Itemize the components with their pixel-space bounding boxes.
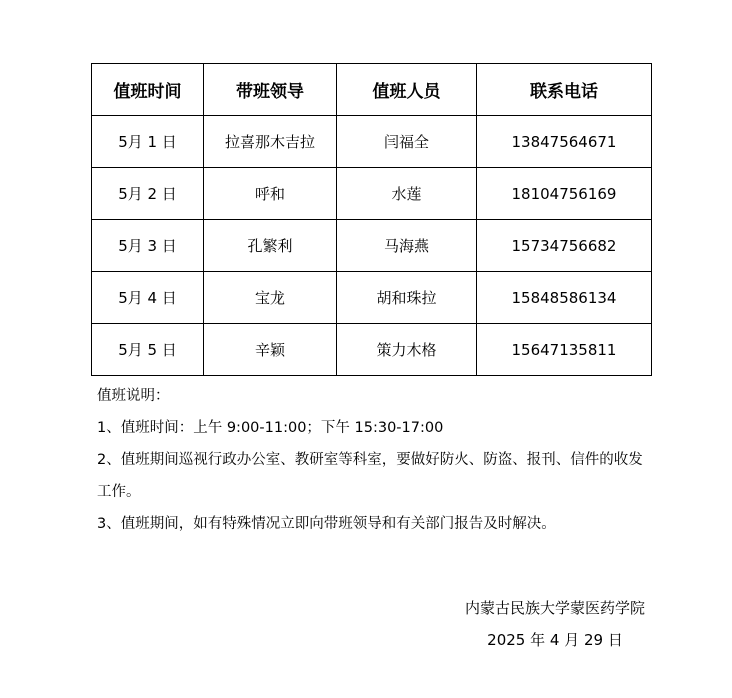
cell-phone: 15848586134 [477,272,652,324]
cell-leader: 宝龙 [204,272,337,324]
cell-leader: 拉喜那木吉拉 [204,116,337,168]
duty-schedule-table: 值班时间 带班领导 值班人员 联系电话 5月 1 日 拉喜那木吉拉 闫福全 13… [91,63,652,376]
cell-date: 5月 2 日 [92,168,204,220]
cell-date: 5月 4 日 [92,272,204,324]
cell-staff: 水莲 [337,168,477,220]
cell-leader: 孔繁利 [204,220,337,272]
signature-organization: 内蒙古民族大学蒙医药学院 [440,597,670,618]
note-item: 3、值班期间，如有特殊情况立即向带班领导和有关部门报告及时解决。 [97,508,657,540]
table-row: 5月 1 日 拉喜那木吉拉 闫福全 13847564671 [92,116,652,168]
cell-phone: 18104756169 [477,168,652,220]
cell-phone: 15734756682 [477,220,652,272]
table-row: 5月 5 日 辛颖 策力木格 15647135811 [92,324,652,376]
note-item: 2、值班期间巡视行政办公室、教研室等科室，要做好防火、防盗、报刊、信件的收发工作… [97,444,657,508]
cell-staff: 马海燕 [337,220,477,272]
note-item: 1、值班时间：上午 9:00-11:00；下午 15:30-17:00 [97,412,657,444]
table-row: 5月 2 日 呼和 水莲 18104756169 [92,168,652,220]
duty-notes: 值班说明： 1、值班时间：上午 9:00-11:00；下午 15:30-17:0… [97,380,657,540]
header-duty-time: 值班时间 [92,64,204,116]
header-leader: 带班领导 [204,64,337,116]
cell-date: 5月 5 日 [92,324,204,376]
cell-leader: 辛颖 [204,324,337,376]
cell-phone: 15647135811 [477,324,652,376]
cell-staff: 策力木格 [337,324,477,376]
header-staff: 值班人员 [337,64,477,116]
cell-date: 5月 1 日 [92,116,204,168]
cell-phone: 13847564671 [477,116,652,168]
table-header-row: 值班时间 带班领导 值班人员 联系电话 [92,64,652,116]
signature-date: 2025 年 4 月 29 日 [440,629,670,650]
cell-staff: 闫福全 [337,116,477,168]
cell-date: 5月 3 日 [92,220,204,272]
table-row: 5月 4 日 宝龙 胡和珠拉 15848586134 [92,272,652,324]
notes-title: 值班说明： [97,380,657,412]
cell-leader: 呼和 [204,168,337,220]
table-row: 5月 3 日 孔繁利 马海燕 15734756682 [92,220,652,272]
cell-staff: 胡和珠拉 [337,272,477,324]
header-phone: 联系电话 [477,64,652,116]
